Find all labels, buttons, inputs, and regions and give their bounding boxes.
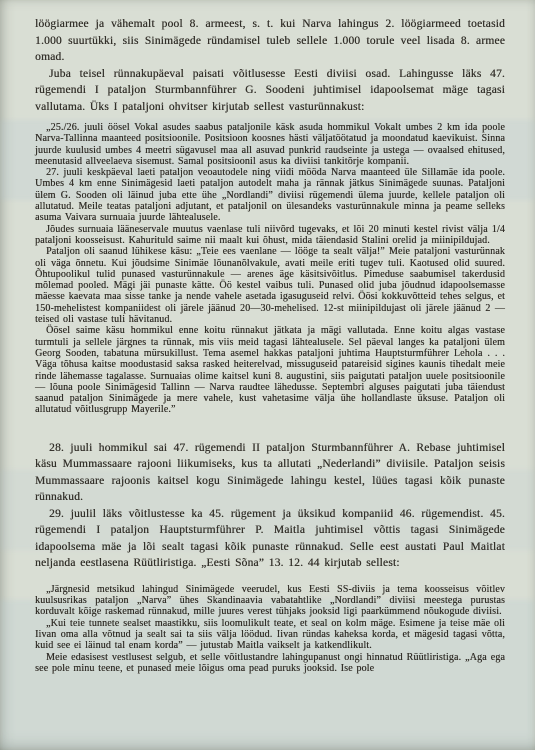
block-quote: „25./26. juuli öösel Vokal asudes saabus… bbox=[35, 122, 505, 416]
quote-paragraph: „Järgnesid metsikud lahingud Sinimägede … bbox=[35, 584, 505, 618]
body-paragraph: 29. juulil läks võitlustesse ka 45. rüge… bbox=[35, 506, 505, 572]
block-quote: „Järgnesid metsikud lahingud Sinimägede … bbox=[35, 584, 505, 674]
text-column: löögiarmee ja vähemalt pool 8. armeest, … bbox=[0, 0, 535, 674]
body-paragraph: Juba teisel rünnakupäeval paisati võitlu… bbox=[35, 66, 505, 116]
quote-paragraph: „25./26. juuli öösel Vokal asudes saabus… bbox=[35, 122, 505, 167]
quote-paragraph: Pataljon oli saanud lühikese käsu: „Teie… bbox=[35, 246, 505, 325]
body-paragraph: löögiarmee ja vähemalt pool 8. armeest, … bbox=[35, 16, 505, 66]
quote-paragraph: „Kui teie tunnete sealset maastikku, sii… bbox=[35, 618, 505, 652]
quote-paragraph: Öösel saime käsu hommikul enne koitu rün… bbox=[35, 325, 505, 415]
quote-paragraph: 27. juuli keskpäeval laeti pataljon veoa… bbox=[35, 167, 505, 223]
quote-paragraph: Jõudes surnuaia lääneservale muutus vaen… bbox=[35, 224, 505, 247]
quote-paragraph: Meie edasisest vestlusest selgub, et sel… bbox=[35, 652, 505, 675]
page: löögiarmee ja vähemalt pool 8. armeest, … bbox=[0, 0, 535, 750]
body-paragraph: 28. juuli hommikul sai 47. rügemendi II … bbox=[35, 440, 505, 506]
